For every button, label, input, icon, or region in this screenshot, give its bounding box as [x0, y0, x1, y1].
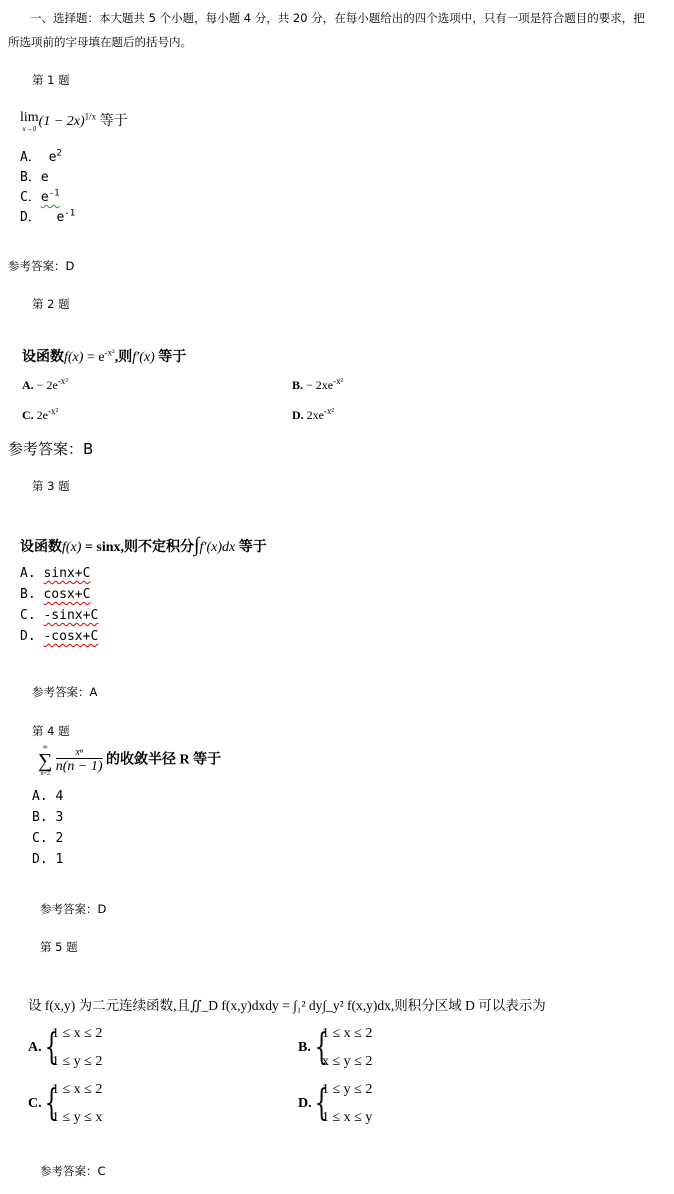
q1-answer: 参考答案：D	[8, 258, 74, 274]
q2-option-c: C. 2e-x²	[22, 406, 58, 423]
question-3-title: 第 3 题	[32, 478, 70, 494]
q4-option-d: D. 1	[32, 852, 63, 867]
question-1-stem: lim x→0 (1 − 2x)1/x 等于	[20, 110, 128, 142]
q2-answer: 参考答案：B	[8, 438, 93, 459]
q1-option-c: C．e-1	[20, 186, 60, 205]
section-intro-line2: 所选项前的字母填在题后的括号内。	[8, 34, 192, 50]
q3-option-a: A. sinx+C	[20, 566, 90, 581]
question-1-title: 第 1 题	[32, 72, 70, 88]
q4-answer: 参考答案：D	[40, 901, 106, 917]
q2-option-a: A. − 2e-x²	[22, 376, 68, 393]
lim-symbol: lim	[20, 110, 39, 125]
question-4-stem: ∞ ∑ n=2 xⁿn(n − 1) 的收敛半径 R 等于	[38, 744, 221, 777]
q1-option-d: D． e-1	[20, 206, 75, 225]
question-2-title: 第 2 题	[32, 296, 70, 312]
question-5-title: 第 5 题	[40, 939, 78, 955]
q3-option-b: B. cosx+C	[20, 587, 90, 602]
question-2-stem: 设函数f(x) = e-x²,则f′(x) 等于	[22, 346, 186, 366]
q1-option-a: A． e2	[20, 146, 62, 165]
q4-option-b: B. 3	[32, 810, 63, 825]
q4-option-a: A. 4	[32, 789, 63, 804]
section-intro-line1: 一、选择题：本大题共 5 个小题，每小题 4 分，共 20 分，在每小题给出的四…	[30, 10, 645, 26]
q3-answer: 参考答案：A	[32, 684, 97, 700]
stem-tail: 等于	[100, 114, 128, 129]
question-4-title: 第 4 题	[32, 723, 70, 739]
q2-option-d: D. 2xe-x²	[292, 406, 334, 423]
q1-option-b: B．e	[20, 166, 49, 185]
q3-option-c: C. -sinx+C	[20, 608, 98, 623]
question-5-stem: 设 f(x,y) 为二元连续函数,且∬_D f(x,y)dxdy = ∫₁² d…	[28, 994, 546, 1014]
q2-option-b: B. − 2xe-x²	[292, 376, 343, 393]
q5-answer: 参考答案：C	[40, 1163, 106, 1179]
question-3-stem: 设函数f(x) = sinx,则不定积分∫f′(x)dx 等于	[20, 534, 267, 557]
lim-expression: (1 − 2x)	[39, 114, 85, 129]
q3-option-d: D. -cosx+C	[20, 629, 98, 644]
lim-subscript: x→0	[23, 125, 37, 133]
q4-option-c: C. 2	[32, 831, 63, 846]
lim-exponent: 1/x	[85, 111, 97, 121]
